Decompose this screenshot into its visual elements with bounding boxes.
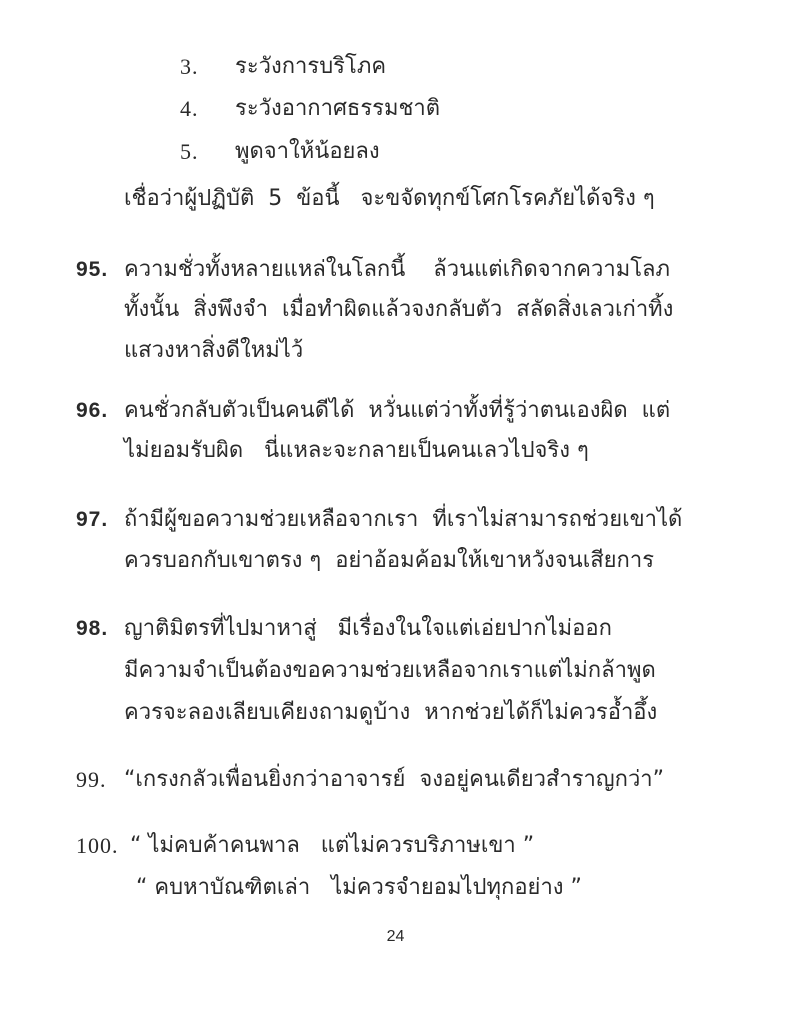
page-number: 24 — [0, 928, 791, 946]
entry-number: 97. — [76, 505, 108, 535]
entry-line: ทั้งนั้น สิ่งพึงจำ เมื่อทำผิดแล้วจงกลับต… — [124, 295, 673, 325]
entry-line: “ คบหาบัณฑิตเล่า ไม่ควรจำยอมไปทุกอย่าง ” — [136, 873, 582, 903]
entry-number: 96. — [76, 396, 108, 426]
list-item-number: 4. — [180, 94, 199, 124]
document-page: 3. ระวังการบริโภค 4. ระวังอากาศธรรมชาติ … — [0, 0, 791, 1024]
list-item-text: พูดจาให้น้อยลง — [235, 137, 380, 167]
entry-line: ไม่ยอมรับผิด นี่แหละจะกลายเป็นคนเลวไปจริ… — [124, 436, 589, 466]
entry-number: 98. — [76, 614, 108, 644]
entry-line: ควรบอกกับเขาตรง ๆ อย่าอ้อมค้อมให้เขาหวัง… — [124, 546, 654, 576]
entry-line: คนชั่วกลับตัวเป็นคนดีได้ หวั่นแต่ว่าทั้ง… — [124, 396, 670, 426]
entry-line: ความชั่วทั้งหลายแหล่ในโลกนี้ ล้วนแต่เกิด… — [124, 255, 670, 285]
entry-line: มีความจำเป็นต้องขอความช่วยเหลือจากเราแต่… — [124, 656, 656, 686]
list-conclusion: เชื่อว่าผู้ปฏิบัติ 5 ข้อนี้ จะขจัดทุกข์โ… — [124, 184, 700, 214]
entry-number: 100. — [76, 831, 119, 861]
entry-line: ควรจะลองเลียบเคียงถามดูบ้าง หากช่วยได้ก็… — [124, 698, 657, 728]
entry-line: แสวงหาสิ่งดีใหม่ไว้ — [124, 336, 303, 366]
entry-number: 99. — [76, 765, 107, 795]
list-item-number: 3. — [180, 52, 199, 82]
list-item-text: ระวังการบริโภค — [235, 52, 386, 82]
list-item-number: 5. — [180, 137, 199, 167]
entry-line: “ ไม่คบค้าคนพาล แต่ไม่ควรบริภาษเขา ” — [130, 831, 534, 861]
entry-line: ถ้ามีผู้ขอความช่วยเหลือจากเรา ที่เราไม่ส… — [124, 505, 682, 535]
entry-line: ญาติมิตรที่ไปมาหาสู่ มีเรื่องในใจแต่เอ่ย… — [124, 614, 612, 644]
entry-line: “เกรงกลัวเพื่อนยิ่งกว่าอาจารย์ จงอยู่คนเ… — [124, 765, 664, 795]
entry-number: 95. — [76, 255, 108, 285]
list-item-text: ระวังอากาศธรรมชาติ — [235, 94, 440, 124]
